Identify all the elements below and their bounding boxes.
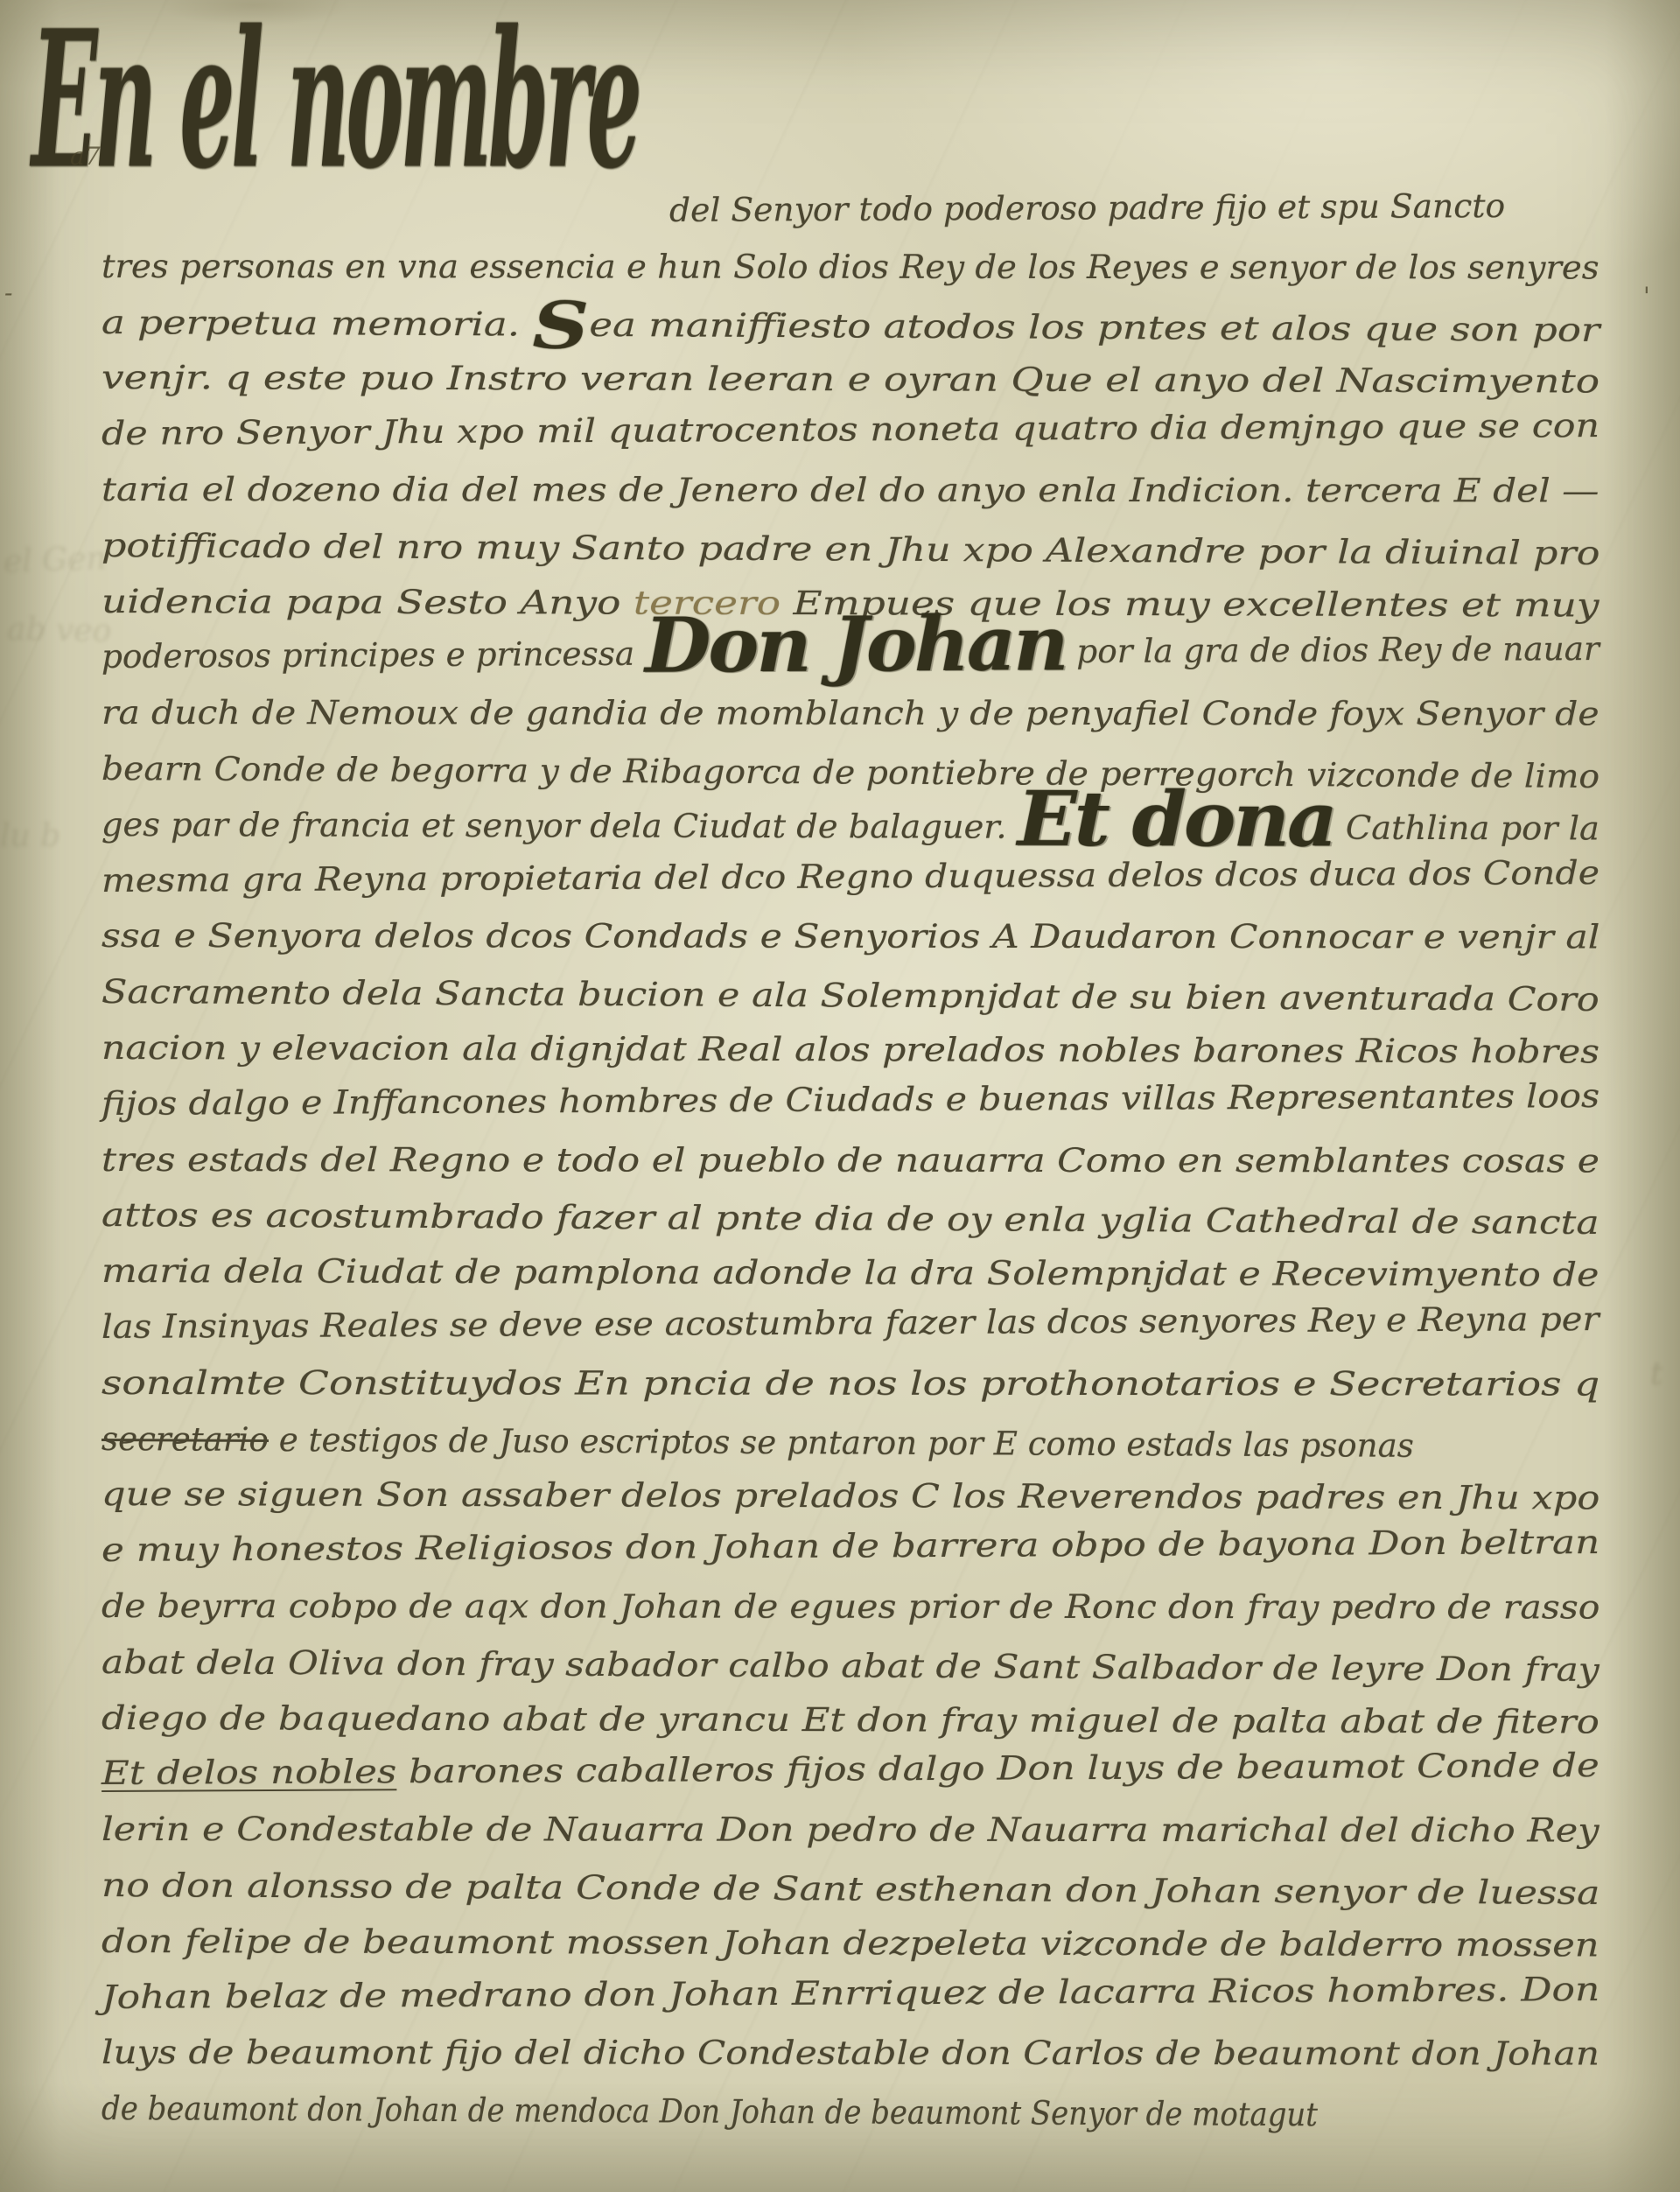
line-text: no don alonsso de palta Conde de Sant es… [101,1866,1600,1912]
line-text: e testigos de Juso escriptos se pntaron … [269,1421,1414,1465]
struck-word: secretario [101,1420,269,1459]
manuscript-line: no don alonsso de palta Conde de Sant es… [101,1869,1600,1911]
line-text: Sacramento dela Sancta bucion e ala Sole… [101,973,1599,1019]
manuscript-line: ssa e Senyora delos dcos Condads e Senyo… [101,920,1599,955]
manuscript-line: tres estads del Regno e todo el pueblo d… [101,1144,1599,1179]
bleed-through-text: ab veo [7,612,112,649]
bleed-through-text: t [1650,1356,1662,1392]
manuscript-line: lerin e Condestable de Nauarra Don pedro… [101,1813,1599,1848]
manuscript-line: bearn Conde de begorra y de Ribagorca de… [101,753,1599,795]
manuscript-line: e muy honestos Religiosos don Johan de b… [101,1526,1599,1568]
line-text: barones caballeros fijos dalgo Don luys … [396,1747,1599,1790]
line-text: uidencia papa Sesto Anyo [101,583,633,622]
initial-capital: S [532,288,589,363]
line-text: del Senyor todo poderoso padre fijo et s… [669,187,1505,229]
manuscript-line: ra duch de Nemoux de gandia de momblanch… [101,697,1599,732]
manuscript-line: sonalmte Constituydos En pncia de nos lo… [101,1367,1599,1402]
manuscript-line: mesma gra Reyna propietaria del dco Regn… [101,857,1599,899]
pen-trial-mark: a7 [70,142,101,171]
line-text: las Insinyas Reales se deve ese acostumb… [101,1300,1599,1346]
line-text: maria dela Ciudat de pamplona adonde la … [101,1252,1599,1293]
manuscript-line: Et delos nobles barones caballeros fijos… [101,1749,1599,1791]
manuscript-line: a perpetua memoria. Sea maniffiesto atod… [101,306,1600,348]
manuscript-line: don felipe de beaumont mossen Johan dezp… [101,1925,1599,1963]
manuscript-line: Sacramento dela Sancta bucion e ala Sole… [101,976,1599,1018]
line-text: de nro Senyor Jhu xpo mil quatrocentos n… [101,407,1599,452]
underlined-phrase: Et delos nobles [101,1754,396,1793]
line-text: ssa e Senyora delos dcos Condads e Senyo… [101,917,1599,956]
line-text: diego de baquedano abat de yrancu Et don… [101,1699,1599,1740]
bleed-through-text: lu b [0,818,60,854]
line-text: tres estads del Regno e todo el pueblo d… [101,1141,1599,1180]
manuscript-line: taria el dozeno dia del mes de Jenero de… [101,473,1599,508]
manuscript-line: maria dela Ciudat de pamplona adonde la … [101,1255,1599,1292]
line-text: don felipe de beaumont mossen Johan dezp… [101,1922,1599,1964]
manuscript-line: de beyrra cobpo de aqx don Johan de egue… [101,1590,1599,1625]
manuscript-line: diego de baquedano abat de yrancu Et don… [101,1702,1599,1740]
manuscript-line: poderosos principes e princessa Don Joha… [101,633,1599,675]
manuscript-line: del Senyor todo poderoso padre fijo et s… [669,190,1505,228]
display-word: Don Johan [645,600,1067,691]
line-text: sonalmte Constituydos En pncia de nos lo… [101,1364,1599,1403]
line-text: nacion y elevacion ala dignjdat Real alo… [101,1029,1599,1070]
line-text: potifficado del nro muy Santo padre en J… [101,527,1600,572]
margin-mark: - [4,278,12,307]
line-text: que se siguen Son assaber delos prelados… [101,1475,1599,1516]
manuscript-line: secretario e testigos de Juso escriptos … [101,1423,1414,1464]
line-text: ea maniffiesto atodos los pntes et alos … [589,306,1599,349]
line-text: a perpetua memoria. [101,304,533,344]
line-text: tres personas en vna essencia e hun Solo… [101,248,1599,286]
heading-text: En el nombre [31,0,639,211]
line-text: luys de beaumont fijo del dicho Condesta… [101,2034,1599,2072]
manuscript-heading: En el nombre [31,5,639,194]
manuscript-line: de nro Senyor Jhu xpo mil quatrocentos n… [101,410,1599,452]
line-text: abat dela Oliva don fray sabador calbo a… [101,1643,1599,1689]
manuscript-page: En el nombre del Senyor todo poderoso pa… [0,0,1680,2192]
bleed-through-text: el Gen [3,541,107,580]
line-text: Johan belaz de medrano don Johan Enrriqu… [101,1971,1599,2016]
manuscript-line: Johan belaz de medrano don Johan Enrriqu… [101,1973,1599,2015]
manuscript-line: fijos dalgo e Inffancones hombres de Ciu… [101,1080,1599,1122]
manuscript-line: luys de beaumont fijo del dicho Condesta… [101,2036,1599,2071]
line-text: fijos dalgo e Inffancones hombres de Ciu… [101,1077,1599,1123]
manuscript-line: potifficado del nro muy Santo padre en J… [101,529,1600,571]
line-text: lerin e Condestable de Nauarra Don pedro… [101,1810,1599,1849]
line-text: attos es acostumbrado fazer al pnte dia … [101,1196,1599,1242]
display-word: Et dona [1018,775,1335,865]
manuscript-line: las Insinyas Reales se deve ese acostumb… [101,1303,1599,1345]
line-text: venjr. q este puo Instro veran leeran e … [101,359,1599,400]
manuscript-line: attos es acostumbrado fazer al pnte dia … [101,1199,1599,1241]
margin-mark: ' [1643,282,1650,311]
manuscript-line: abat dela Oliva don fray sabador calbo a… [101,1646,1599,1688]
line-text: ra duch de Nemoux de gandia de momblanch… [101,694,1599,732]
line-text: taria el dozeno dia del mes de Jenero de… [101,471,1599,509]
line-text: e muy honestos Religiosos don Johan de b… [101,1523,1599,1569]
manuscript-line: nacion y elevacion ala dignjdat Real alo… [101,1032,1599,1069]
manuscript-line: tres personas en vna essencia e hun Solo… [101,250,1599,285]
manuscript-line: que se siguen Son assaber delos prelados… [101,1478,1599,1516]
line-text: por la gra de dios Rey de nauar [1066,630,1599,670]
manuscript-line: de beaumont don Johan de mendoca Don Joh… [101,2092,1318,2132]
manuscript-line: venjr. q este puo Instro veran leeran e … [101,361,1599,399]
line-text: Cathlina por la [1335,809,1599,847]
line-text: ges par de francia et senyor dela Ciudat… [101,806,1018,846]
manuscript-line: ges par de francia et senyor dela Ciudat… [101,809,1599,846]
line-text: bearn Conde de begorra y de Ribagorca de… [101,750,1599,795]
line-text: mesma gra Reyna propietaria del dco Regn… [101,854,1599,900]
line-text: de beyrra cobpo de aqx don Johan de egue… [101,1587,1599,1626]
line-text: poderosos principes e princessa [101,635,645,676]
line-text: de beaumont don Johan de mendoca Don Joh… [101,2090,1318,2133]
